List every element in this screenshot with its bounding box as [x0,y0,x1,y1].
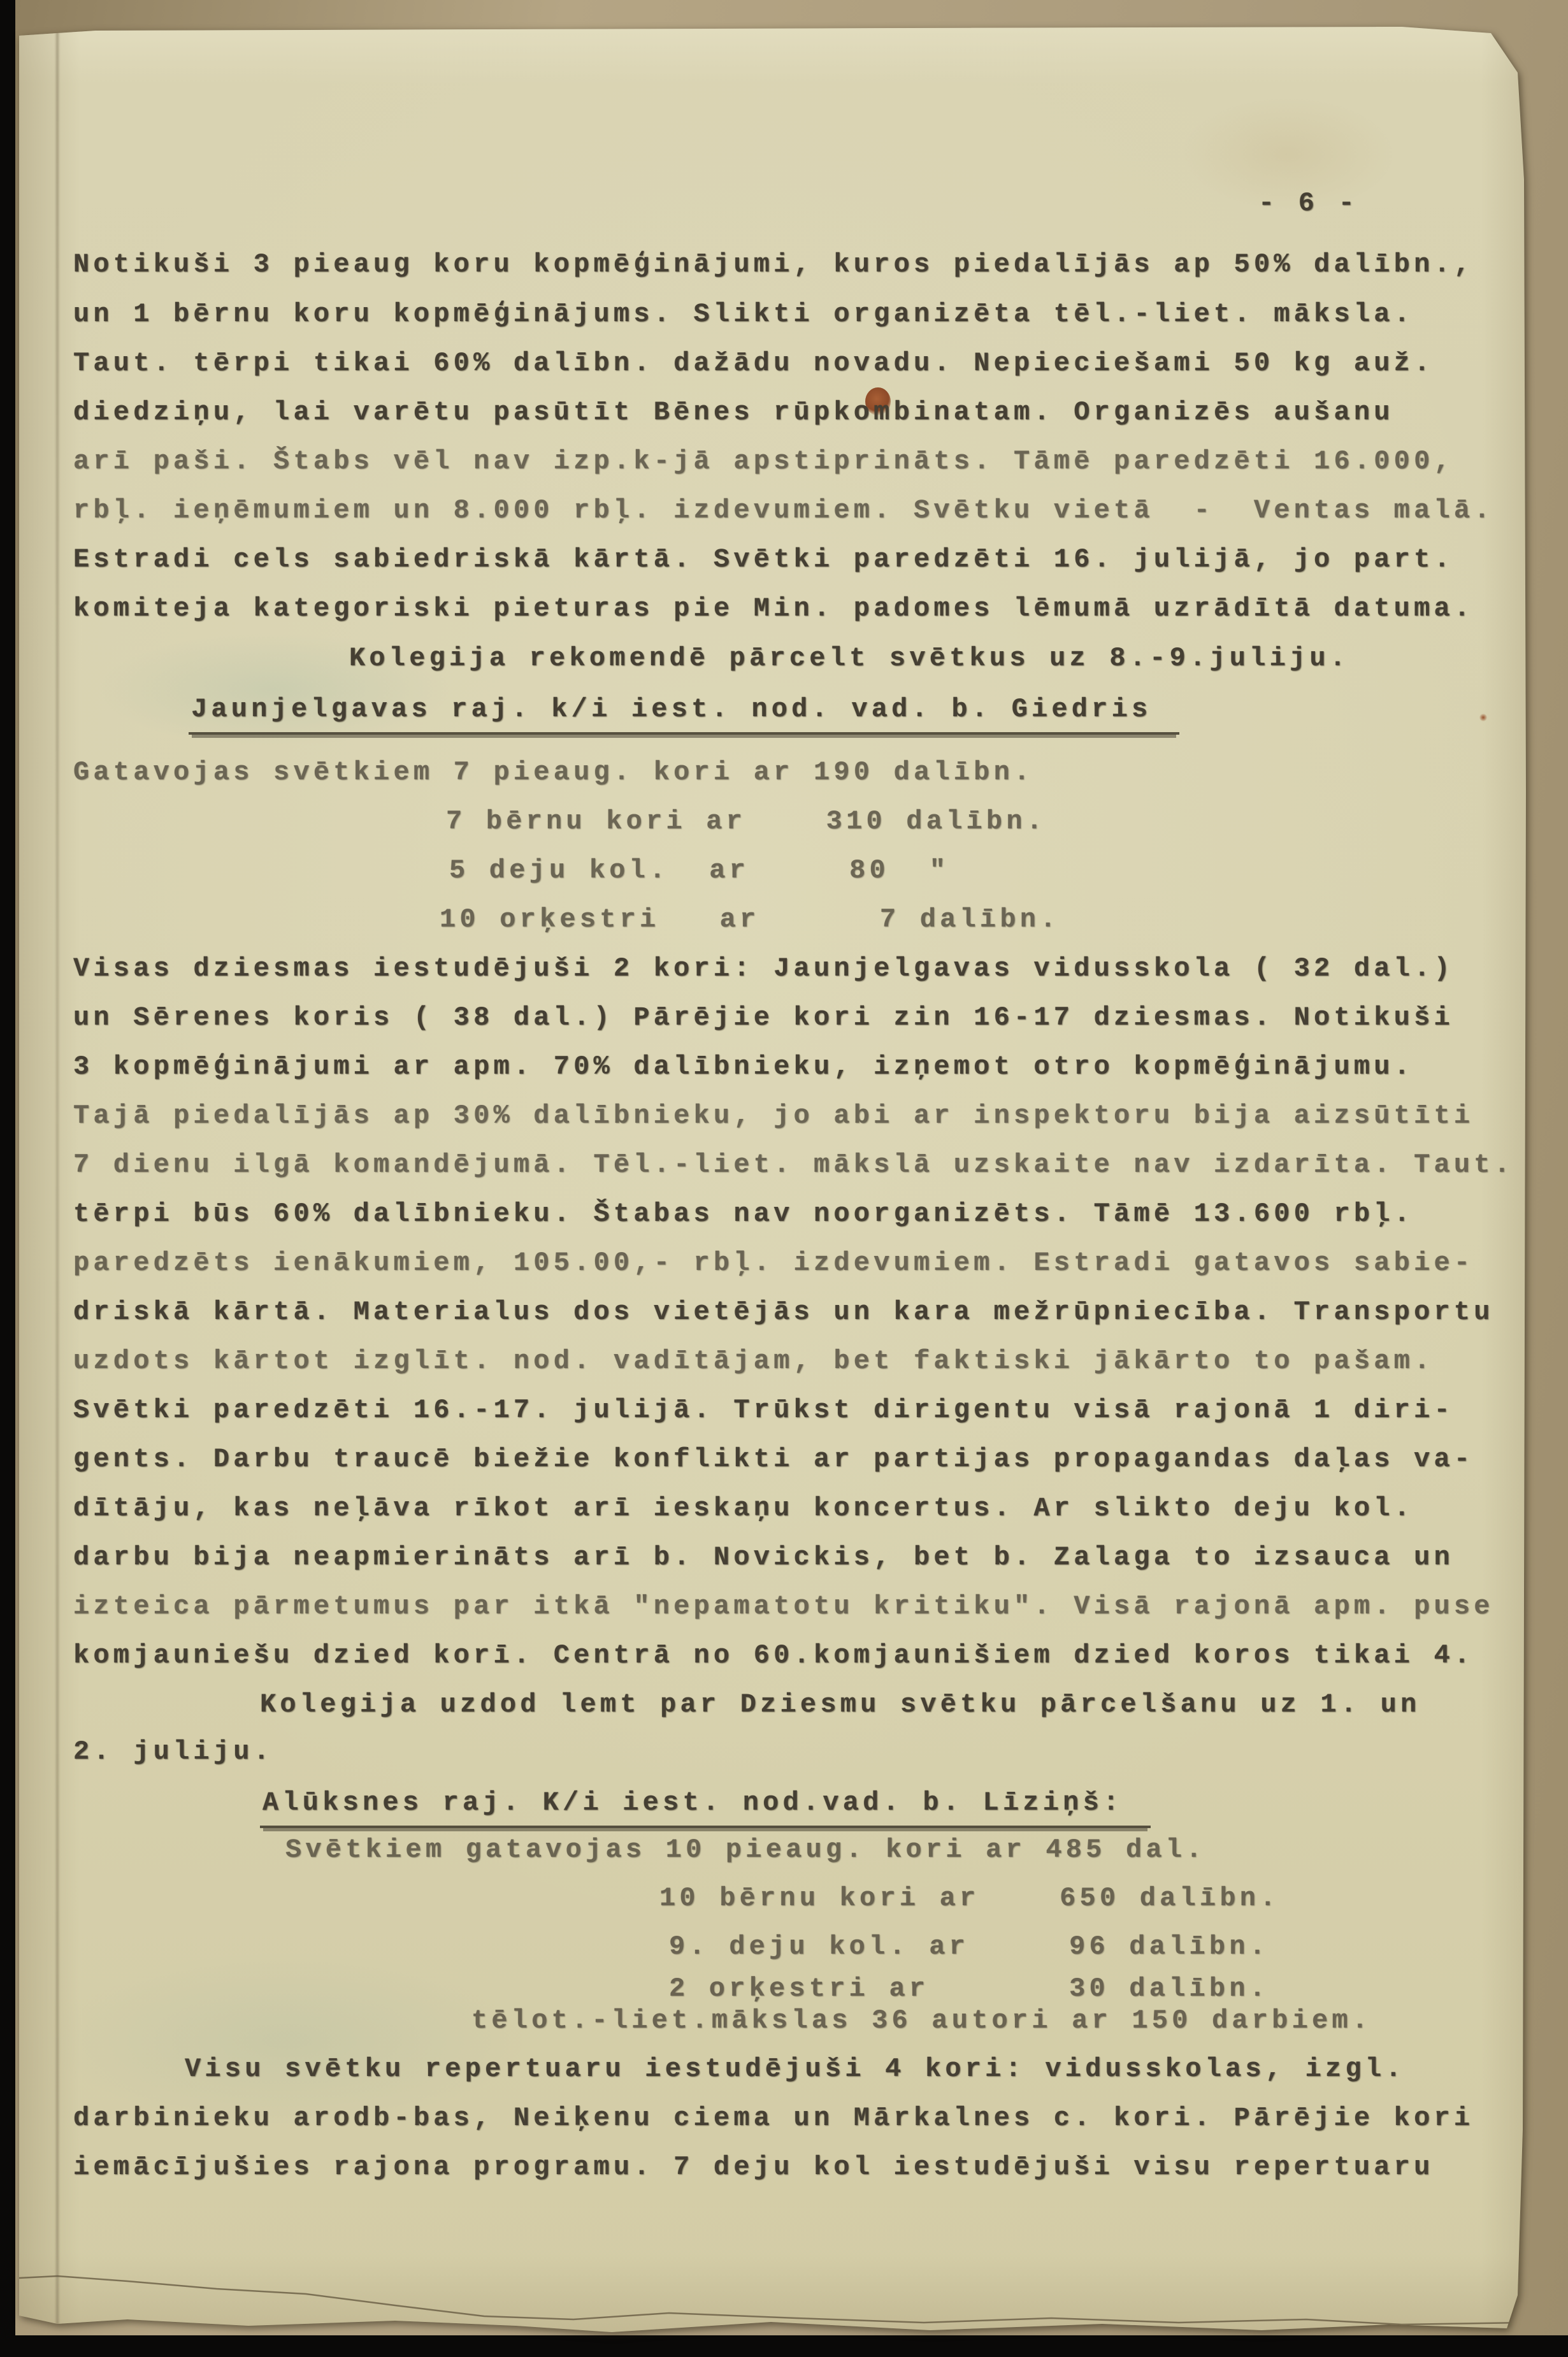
text-line: komiteja kategoriski pieturas pie Min. p… [73,591,1474,626]
text-line: 10 orķestri ar 7 dalībn. [440,902,1060,937]
text-line: Kolegija rekomendē pārcelt svētkus uz 8.… [349,641,1349,675]
text-line: diedziņu, lai varētu pasūtīt Bēnes rūpko… [73,395,1394,429]
page-number: - 6 - [1258,186,1358,220]
text-line: Kolegija uzdod lemt par Dziesmu svētku p… [260,1687,1420,1722]
text-line: 2 orķestri ar 30 dalībn. [669,1971,1269,2006]
text-line: Estradi cels sabiedriskā kārtā. Svētki p… [73,542,1454,577]
text-line: 7 dienu ilgā komandējumā. Tēl.-liet. māk… [73,1148,1514,1182]
fold-crease [56,27,59,2337]
text-line: 10 bērnu kori ar 650 dalībn. [659,1881,1280,1915]
section-heading: Alūksnes raj. K/i iest. nod.vad. b. Līzi… [260,1785,1151,1828]
text-line: uzdots kārtot izglīt. nod. vadītājam, be… [73,1344,1434,1378]
text-line: Svētkiem gatavojas 10 pieaug. kori ar 48… [285,1833,1206,1867]
text-line: 3 kopmēģinājumi ar apm. 70% dalībnieku, … [73,1049,1414,1084]
text-line: rbļ. ieņēmumiem un 8.000 rbļ. izdevumiem… [73,493,1494,528]
text-line: Svētki paredzēti 16.-17. julijā. Trūkst … [73,1393,1454,1427]
text-line: darbu bija neapmierināts arī b. Novickis… [73,1540,1454,1575]
text-line: driskā kārtā. Materialus dos vietējās un… [73,1295,1494,1329]
text-line: Notikuši 3 pieaug koru kopmēģinājumi, ku… [73,247,1474,282]
text-line: 5 deju kol. ar 80 " [449,853,949,888]
text-line: tēlot.-liet.mākslas 36 autori ar 150 dar… [471,2003,1372,2038]
text-line: un Sērenes koris ( 38 dal.) Pārējie kori… [73,1000,1454,1035]
text-line: Tajā piedalījās ap 30% dalībnieku, jo ab… [73,1099,1474,1133]
text-line: Visas dziesmas iestudējuši 2 kori: Jaunj… [73,951,1454,986]
text-line: 7 bērnu kori ar 310 dalībn. [446,804,1046,839]
section-heading: Jaunjelgavas raj. k/i iest. nod. vad. b.… [189,692,1179,735]
text-line: darbinieku arodb-bas, Neiķenu ciema un M… [73,2101,1474,2135]
text-line: dītāju, kas neļāva rīkot arī ieskaņu kon… [73,1491,1414,1525]
text-line: Visu svētku repertuaru iestudējuši 4 kor… [185,2052,1406,2086]
text-line: gents. Darbu traucē biežie konflikti ar … [73,1442,1474,1476]
text-line: tērpi būs 60% dalībnieku. Štabas nav noo… [73,1197,1414,1231]
text-line: arī paši. Štabs vēl nav izp.k-jā apstipr… [73,444,1454,479]
document-page: - 6 - Notikuši 3 pieaug koru kopmēģināju… [19,27,1526,2337]
text-line: un 1 bērnu koru kopmēģinājums. Slikti or… [73,297,1414,331]
text-line: iemācījušies rajona programu. 7 deju kol… [73,2150,1434,2184]
text-line: komjauniešu dzied korī. Centrā no 60.kom… [73,1638,1474,1673]
text-line: 9. deju kol. ar 96 dalībn. [669,1929,1269,1964]
rust-speck [1479,714,1487,721]
text-line: paredzēts ienākumiem, 105.00,- rbļ. izde… [73,1246,1474,1280]
text-line: 2. juliju. [73,1734,273,1769]
text-line: Taut. tērpi tikai 60% dalībn. dažādu nov… [73,346,1434,380]
text-line: Gatavojas svētkiem 7 pieaug. kori ar 190… [73,755,1033,789]
text-line: izteica pārmetumus par itkā "nepamatotu … [73,1589,1494,1624]
document-page-wrap: - 6 - Notikuši 3 pieaug koru kopmēģināju… [19,27,1526,2337]
